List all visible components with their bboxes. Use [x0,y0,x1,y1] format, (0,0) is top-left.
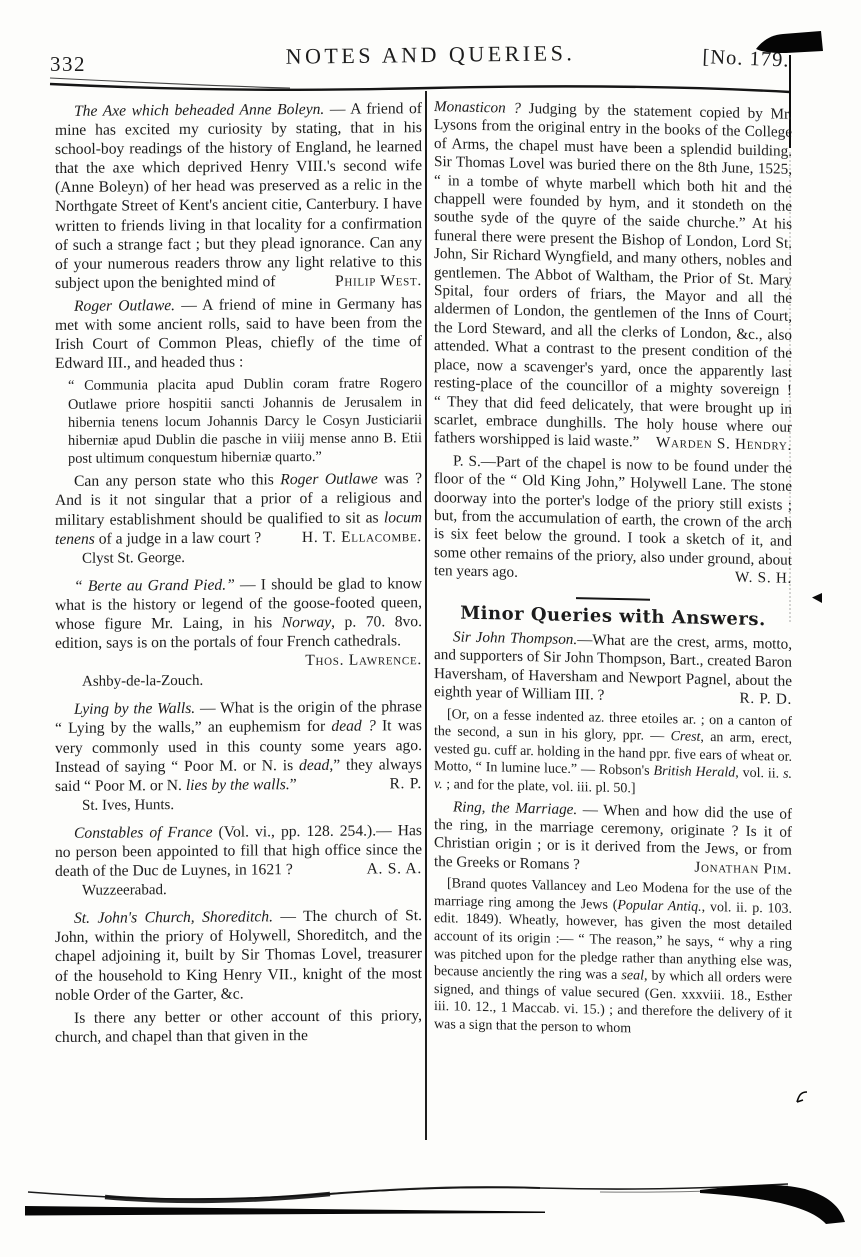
signature: Thos. Lawrence. [276,650,422,670]
signature: R. P. D. [711,689,792,709]
signature: A. S. A. [338,859,422,879]
italic-text: Lying by the Walls. [74,700,195,718]
signature: Philip West. [306,271,422,291]
block-para: Roger Outlawe. — A friend of mine in Ger… [55,294,422,373]
block-para: Ring, the Marriage. — When and how did t… [434,798,792,879]
italic-text: Ring, the Marriage. [453,798,577,818]
block-para: Lying by the Walls. — What is the origin… [55,697,422,795]
section-heading: Minor Queries with Answers. [434,604,792,630]
block-para: Sir John Thompson.—What are the crest, a… [434,628,792,709]
block-location: St. Ives, Hunts. [55,794,422,816]
body-text: “ Communia placita apud Dublin coram fra… [68,375,422,467]
block-para: Can any person state who this Roger Outl… [55,469,422,548]
block-rule [576,597,650,601]
margin-mark-icon [812,593,822,603]
italic-text: Norway [282,614,331,631]
body-text: P. S.—Part of the chapel is now to be fo… [434,452,792,581]
scanned-page: { "page": { "number": "332", "title": "N… [0,0,861,1257]
body-text: ; and for the plate, vol. iii. pl. 50.] [443,777,636,796]
body-text: , vol. ii. [735,766,783,782]
body-text: ” [290,776,297,793]
issue-number: [No. 179. [702,46,790,73]
block-para: St. John's Church, Shoreditch. — The chu… [55,906,422,1004]
signature: R. P. [360,774,422,794]
bottom-edge-shadow [25,1184,845,1224]
italic-text: dead [299,756,329,773]
italic-text: dead ? [331,718,375,735]
right-column: Monasticon ? Judging by the statement co… [434,94,792,1041]
italic-text: Roger Outlawe [280,471,377,489]
italic-text: Roger Outlawe. [74,297,175,315]
block-answer: [Brand quotes Vallancey and Leo Modena f… [434,875,792,1041]
body-text: Can any person state who this [74,472,280,491]
body-text: — A friend of mine has excited my curios… [55,100,422,292]
signature: W. S. H. [706,568,792,588]
header-rule [50,78,790,92]
italic-text: British Herald [654,764,736,781]
block-quote: “ Communia placita apud Dublin coram fra… [55,374,422,468]
block-location: Wuzzeerabad. [55,879,422,901]
italic-text: Constables of France [74,824,213,842]
column-divider-rule [425,91,427,1140]
italic-text: seal [621,968,644,983]
block-para: Monasticon ? Judging by the statement co… [434,98,792,456]
italic-text: Popular Antiq. [617,898,701,915]
italic-text: Crest [671,729,701,745]
italic-text: “ Berte au Grand Pied.” [74,576,235,594]
italic-text: Sir John Thompson. [453,628,577,648]
block-para: Constables of France (Vol. vi., pp. 128.… [55,821,422,881]
margin-mark2-icon [797,1092,807,1102]
signature: Jonathan Pim. [665,858,792,879]
block-location: Ashby-de-la-Zouch. [55,670,422,692]
italic-text: The Axe which beheaded Anne Boleyn. [74,101,324,120]
italic-text: lies by the walls. [186,776,290,794]
block-location: Clyst St. George. [55,547,422,569]
italic-text: St. John's Church, Shoreditch. [74,909,273,928]
block-para: P. S.—Part of the chapel is now to be fo… [434,452,792,589]
block-para: “ Berte au Grand Pied.” — I should be gl… [55,574,422,672]
body-text: Judging by the statement copied by Mr. L… [434,100,792,451]
left-column: The Axe which beheaded Anne Boleyn. — A … [55,95,422,1047]
body-text: Is there any better or other account of … [55,1007,422,1046]
block-answer: [Or, on a fesse indented az. three etoil… [434,706,792,802]
block-para: Is there any better or other account of … [55,1006,422,1047]
block-para: The Axe which beheaded Anne Boleyn. — A … [55,99,422,293]
italic-text: Monasticon ? [434,98,521,117]
signature: Warden S. Hendry. [646,434,792,456]
signature: H. T. Ellacombe. [273,527,422,547]
body-text: of a judge in a law court ? [95,529,261,547]
